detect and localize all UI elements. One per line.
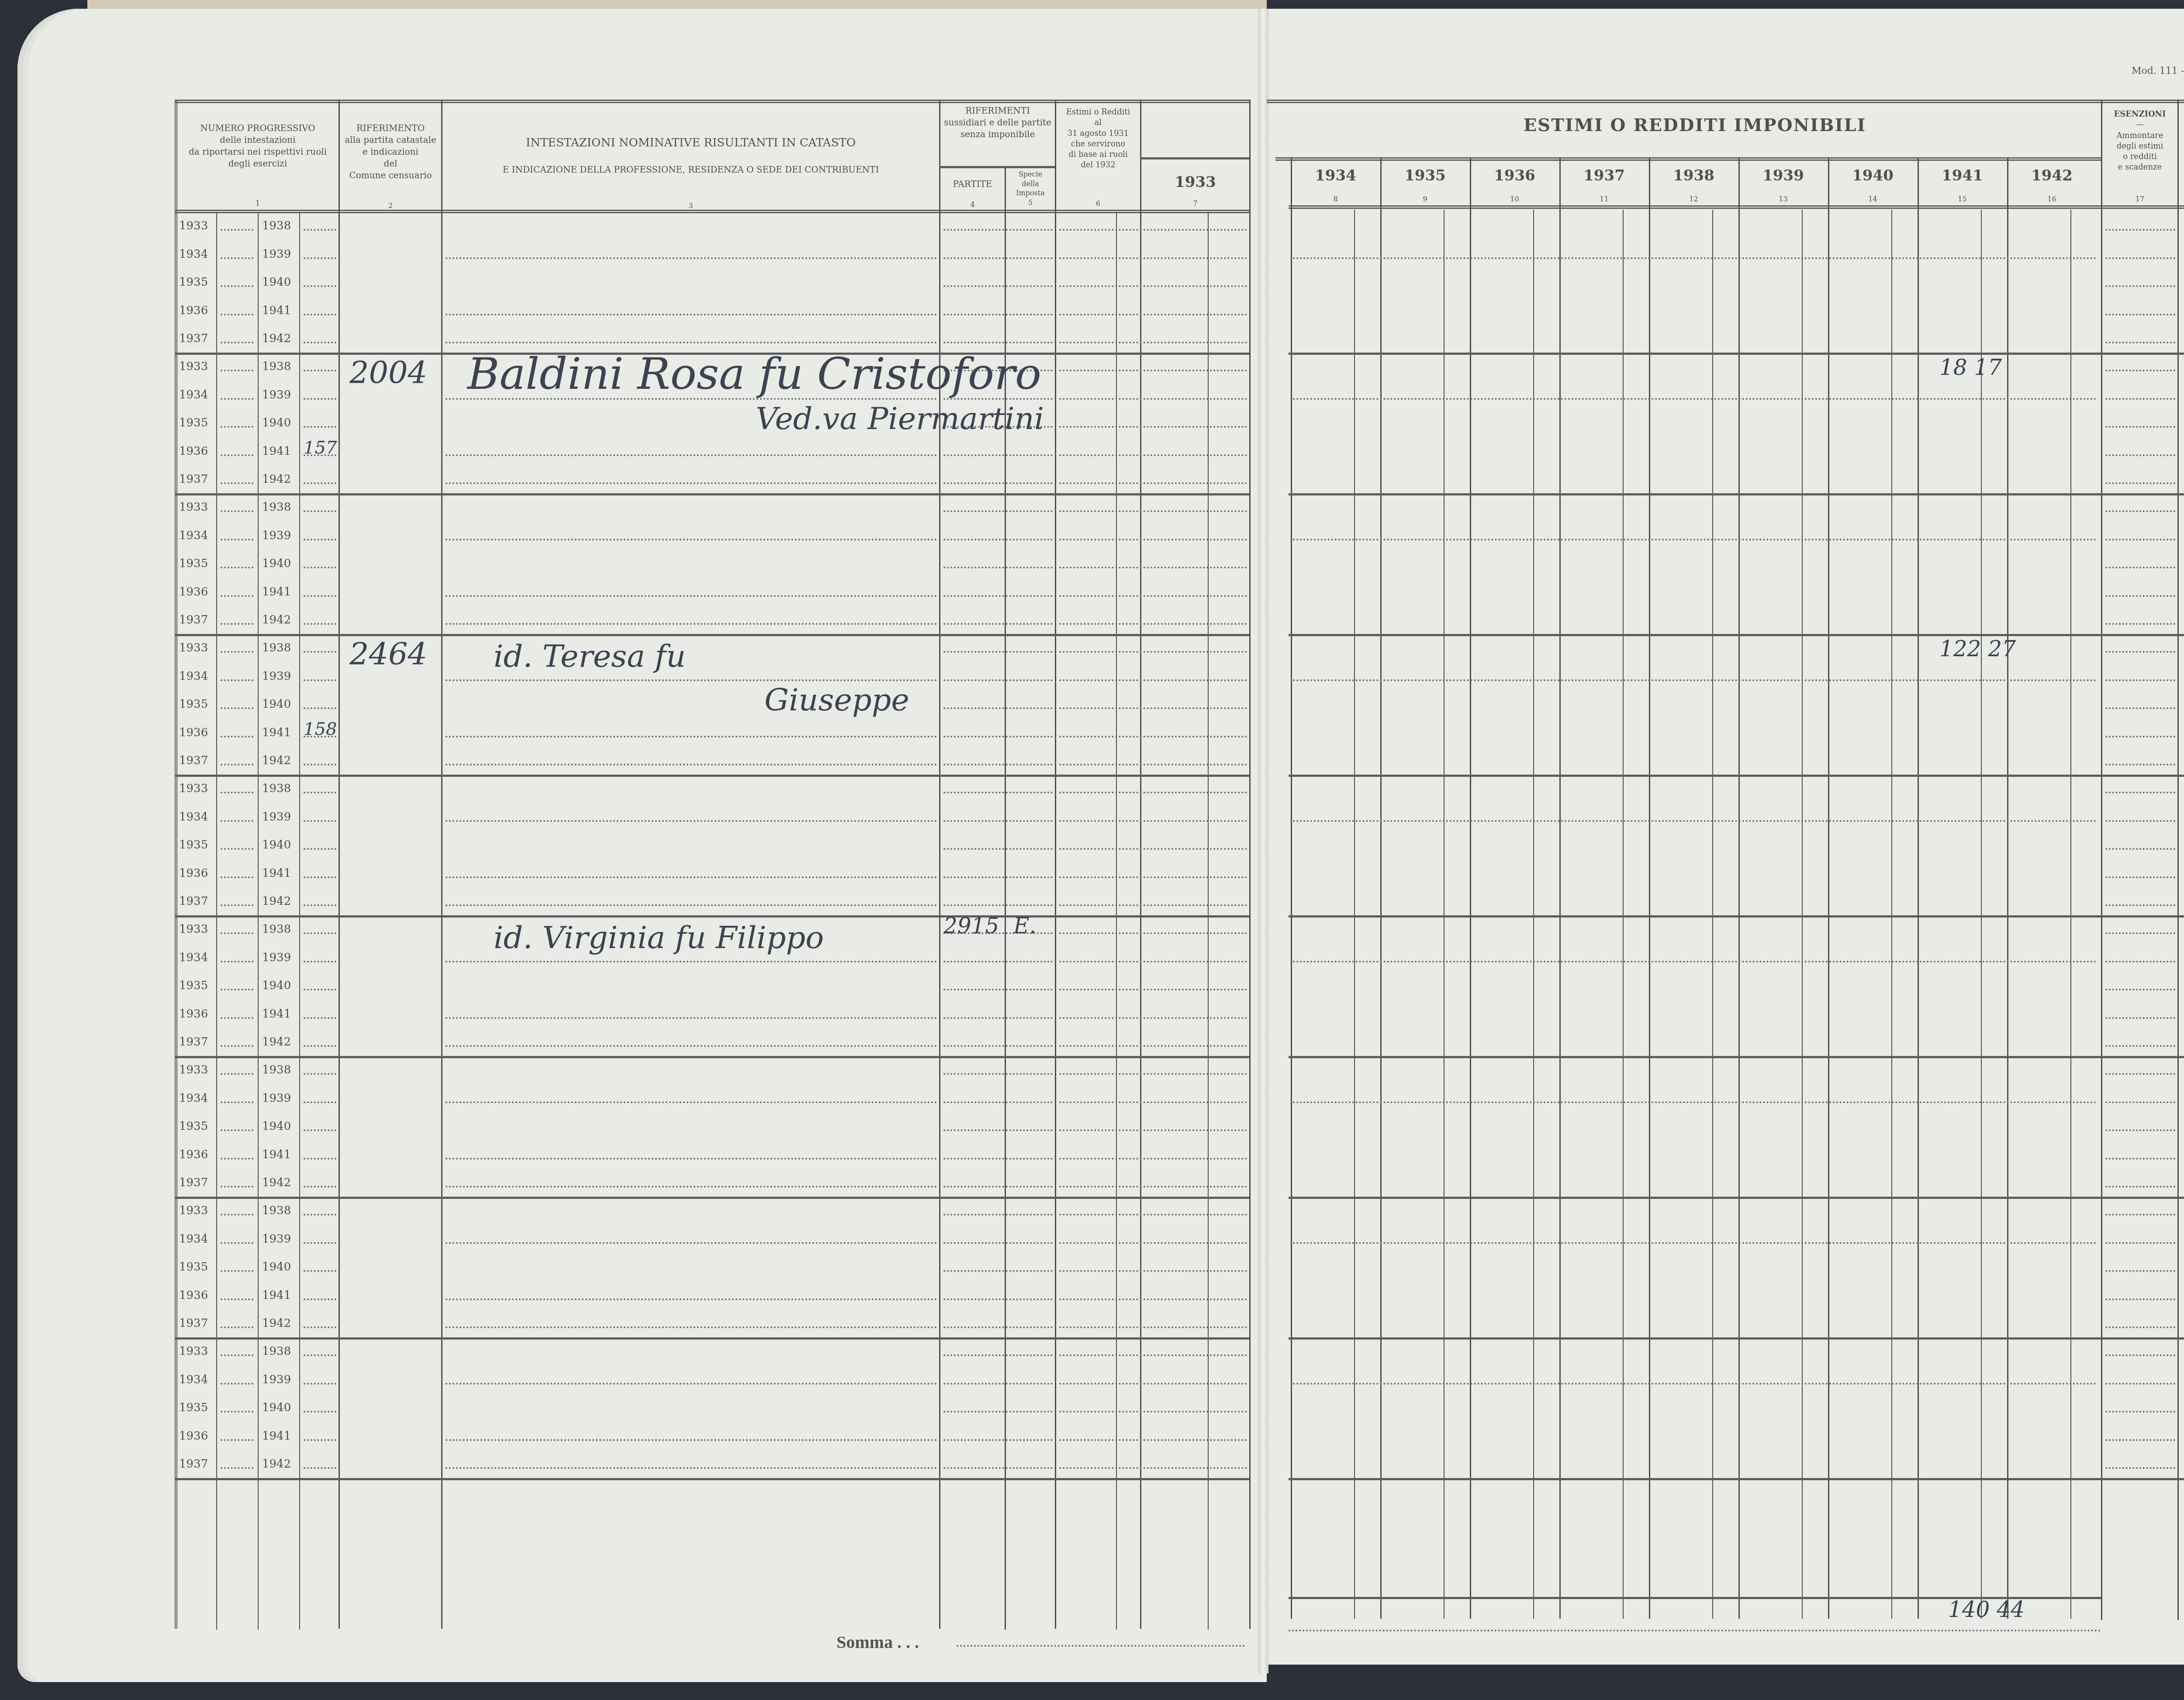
col5-line: Specie [1006,170,1055,179]
year-label-right: 1938 [262,1063,291,1077]
block-divider [1289,915,2184,918]
dotted-line [304,1383,336,1385]
year-label-right: 1942 [262,754,291,767]
dotted-line [2105,342,2175,343]
dotted-line [1059,876,1247,878]
dotted-line [1059,1214,1247,1215]
year-label-left: 1935 [179,276,208,289]
dotted-line [1059,1158,1247,1160]
somma-dotted-line [957,1645,1245,1647]
name-dotted-line [446,904,937,906]
amount-dotted-line [1293,257,2097,259]
dotted-line [304,370,336,371]
amount-dotted-line [1293,1101,2097,1103]
year-label-left: 1935 [179,416,208,429]
col2-title: RIFERIMENTO [340,122,441,134]
dotted-line [1059,961,1247,963]
dotted-line [1059,1017,1247,1019]
year-col-divider [1828,157,1829,1619]
dotted-line [943,989,1053,990]
block-divider [175,1478,1249,1480]
dotted-line [943,904,1053,906]
name-dotted-line [446,1017,937,1019]
estimo-1941-units: 18 [1939,355,1967,380]
year-label-right: 1941 [262,1430,291,1443]
form-model-label: Mod. 111 - Imposte Dirette (Intercalare)… [2132,66,2184,76]
dotted-line [2105,510,2175,512]
block-divider [1289,775,2184,777]
dotted-line [2105,1158,2175,1160]
col45-header: RIFERIMENTI sussidiari e delle partite s… [940,105,1055,140]
dotted-line [2105,1326,2175,1328]
dotted-line [221,1326,253,1328]
riferimento-value: 2464 [349,636,427,672]
col45-title: RIFERIMENTI [940,105,1055,117]
year-label-left: 1933 [179,1345,208,1358]
name-dotted-line [446,1186,937,1188]
dotted-line [2105,1073,2175,1075]
dotted-line [2105,764,2175,765]
col1-header: NUMERO PROGRESSIVO delle intestazioni da… [177,122,339,170]
year-label-left: 1935 [179,698,208,711]
name-dotted-line [446,679,937,681]
year-label-left: 1936 [179,867,208,880]
dotted-line [2105,623,2175,625]
year-label-right: 1939 [262,810,291,824]
amount-dotted-line [1293,1242,2097,1244]
dotted-line [943,1270,1053,1272]
year-label-right: 1939 [262,670,291,683]
year-label-left: 1934 [179,529,208,542]
dotted-line [2105,595,2175,597]
dotted-line [221,1270,253,1272]
col18-number: 18 [2179,194,2184,204]
year-label-right: 1940 [262,1401,291,1414]
total-1941-units: 140 [1948,1597,1990,1622]
dotted-line [1059,539,1247,540]
name-dotted-line [446,820,937,822]
name-dotted-line [446,454,937,456]
year-header-1937: 1937 [1559,166,1649,186]
dotted-line [221,1073,253,1075]
year-col-number: 8 [1291,194,1380,204]
dotted-line [2105,370,2175,371]
subheader-divider [939,166,1055,168]
year-label-right: 1939 [262,951,291,964]
year-label-right: 1941 [262,867,291,880]
dotted-line [304,792,336,793]
dotted-line [943,229,1053,231]
riferimento-value: 2004 [349,355,427,391]
year-header-1938: 1938 [1649,166,1738,186]
estimo-1941: 122 27 [1939,636,2016,661]
dotted-line [304,398,336,400]
col-divider [939,100,940,1629]
dotted-line [1059,398,1247,400]
name-dotted-line [446,736,937,737]
year-label-left: 1933 [179,1204,208,1217]
dotted-line [943,792,1053,793]
dotted-line [2105,426,2175,428]
dotted-line [221,1101,253,1103]
col4-title: PARTITE [940,178,1005,190]
year-label-right: 1941 [262,726,291,739]
amount-dotted-line [1293,679,2097,681]
col17-header: ESENZIONI — Ammontare degli estimi o red… [2102,109,2177,173]
dotted-line [2105,848,2175,850]
dotted-line [304,482,336,484]
dotted-line [943,1439,1053,1441]
dotted-line [943,510,1053,512]
year-label-right: 1938 [262,923,291,936]
name-dotted-line [446,1467,937,1469]
dotted-line [1059,679,1247,681]
dotted-line [304,426,336,428]
dotted-line [221,707,253,709]
dotted-line [943,1326,1053,1328]
cents-divider [1354,210,1355,1619]
intestazione-name: id. Virginia fu Filippo [494,920,824,956]
year-label-left: 1937 [179,895,208,908]
dotted-line [1059,1467,1247,1469]
year-col-number: 13 [1738,194,1828,204]
dotted-line [304,1129,336,1131]
dotted-line [1059,595,1247,597]
name-dotted-line [446,539,937,540]
year-label-right: 1940 [262,276,291,289]
dotted-line [1059,229,1247,231]
col6-line: che servirono [1056,139,1140,149]
year-col-number: 10 [1470,194,1559,204]
year-col-divider [1738,157,1740,1619]
block-divider [1289,353,2184,355]
dotted-line [943,1242,1053,1244]
dotted-line [943,764,1053,765]
dotted-line [2105,482,2175,484]
dotted-line [943,1354,1053,1356]
col-divider [339,100,340,1629]
dotted-line [943,820,1053,822]
year-label-right: 1938 [262,1204,291,1217]
table-top-border [175,100,1249,103]
col5-number: 5 [1006,198,1055,208]
col2-number: 2 [340,201,441,211]
dotted-line [943,342,1053,343]
year-label-left: 1934 [179,810,208,824]
col5-line: Imposta [1006,188,1055,198]
progressivo-value: 157 [304,438,337,458]
year-col-divider [2007,157,2008,1619]
dotted-line [1059,1129,1247,1131]
col2-header: RIFERIMENTO alla partita catastale e ind… [340,122,441,181]
dotted-line [304,932,336,934]
block-divider [1289,1197,2184,1199]
dotted-line [304,1270,336,1272]
block-divider [1289,1056,2184,1058]
dotted-line [1059,1270,1247,1272]
dotted-line [221,1439,253,1441]
col1-line: delle intestazioni [177,134,339,146]
name-dotted-line [446,314,937,315]
year-label-right: 1939 [262,1233,291,1246]
dotted-line [304,1101,336,1103]
dotted-line [221,848,253,850]
year-label-right: 1942 [262,332,291,345]
dotted-line [1059,1045,1247,1047]
dotted-line [1059,314,1247,315]
year-label-left: 1934 [179,951,208,964]
sub-divider [299,212,300,1630]
dotted-line [221,1129,253,1131]
dotted-line [2105,736,2175,737]
year-header-1936: 1936 [1470,166,1559,186]
dotted-line [1059,285,1247,287]
cents-divider [1623,210,1624,1619]
dotted-line [943,707,1053,709]
year-label-left: 1937 [179,1035,208,1049]
dotted-line [221,257,253,259]
dotted-line [1059,342,1247,343]
block-divider [1289,493,2184,495]
year-label-right: 1938 [262,782,291,795]
name-dotted-line [446,764,937,765]
col17-line: degli estimi [2102,141,2177,152]
year-label-left: 1933 [179,923,208,936]
col3-title: INTESTAZIONI NOMINATIVE RISULTANTI IN CA… [442,135,939,151]
col1-line: degli esercizi [177,158,339,170]
total-1941: 140 44 [1948,1597,2025,1622]
dotted-line [304,1411,336,1413]
col3-subtitle: E INDICAZIONE DELLA PROFESSIONE, RESIDEN… [442,164,939,176]
year-header-1935: 1935 [1380,166,1470,186]
dotted-line [943,482,1053,484]
year-label-left: 1935 [179,557,208,570]
dotted-line [221,1383,253,1385]
year-label-left: 1933 [179,501,208,514]
name-dotted-line [446,1101,937,1103]
dotted-line [943,1045,1053,1047]
block-divider [1289,1478,2184,1480]
year-label-right: 1938 [262,501,291,514]
dotted-line [2105,1439,2175,1441]
year-label-right: 1942 [262,1458,291,1471]
block-divider [175,493,1249,495]
dotted-line [2105,1045,2175,1047]
dotted-line [1059,567,1247,568]
estimi-group-title: ESTIMI O REDDITI IMPONIBILI [1289,114,2101,137]
year-label-left: 1933 [179,360,208,373]
dotted-line [943,1186,1053,1188]
estimo-1941: 18 17 [1939,355,2002,380]
estimo-1941-cents: 17 [1974,355,2002,380]
year-label-left: 1933 [179,1063,208,1077]
dotted-line [1059,1298,1247,1300]
dotted-line [1059,510,1247,512]
dotted-line [2105,876,2175,878]
col6-number: 6 [1056,199,1140,208]
year-label-right: 1940 [262,557,291,570]
col4-number: 4 [940,200,1005,210]
year-header-1939: 1939 [1738,166,1828,186]
dotted-line [1059,989,1247,990]
dotted-line [1059,370,1247,371]
dotted-line [221,1158,253,1160]
year-label-left: 1937 [179,1458,208,1471]
col17-number: 17 [2102,194,2177,204]
dotted-line [1059,623,1247,625]
year-label-right: 1940 [262,416,291,429]
year-label-right: 1939 [262,1092,291,1105]
sub-divider [216,212,217,1630]
dotted-line [221,1017,253,1019]
col1-line: da riportarsi nei rispettivi ruoli [177,146,339,158]
dotted-line [2105,1411,2175,1413]
dotted-line [2105,1129,2175,1131]
col5-header: Specie della Imposta 5 [1006,170,1055,207]
year-label-right: 1940 [262,979,291,992]
dotted-line [1059,707,1247,709]
col2-line: del [340,158,441,170]
year-label-left: 1935 [179,1260,208,1274]
intestazione-name: Baldini Rosa fu Cristoforo [467,348,1041,399]
dotted-line [304,1354,336,1356]
year-header-1940: 1940 [1828,166,1918,186]
amount-dotted-line [1293,1383,2097,1385]
dotted-line [2105,820,2175,822]
year-label-left: 1937 [179,332,208,345]
dotted-line [2105,285,2175,287]
dotted-line [221,567,253,568]
dotted-line [304,848,336,850]
dotted-line [221,1467,253,1469]
dotted-line [2105,707,2175,709]
dotted-line [304,1242,336,1244]
year-label-right: 1939 [262,388,291,402]
name-dotted-line [446,1326,937,1328]
estimo-1941-cents: 27 [1988,636,2016,661]
dotted-line [943,285,1053,287]
intestazione-line2: Ved.va Piermartini [756,401,1044,436]
year-label-right: 1940 [262,698,291,711]
dotted-line [304,1186,336,1188]
dotted-line [221,342,253,343]
year-label-right: 1942 [262,895,291,908]
dotted-line [2105,567,2175,568]
year-col-number: 9 [1380,194,1470,204]
dotted-line [943,623,1053,625]
col17-line: o redditi [2102,152,2177,162]
book-gutter [1258,9,1268,1673]
year-label-left: 1937 [179,473,208,486]
dotted-line [221,876,253,878]
year-label-right: 1940 [262,838,291,852]
dotted-line [221,285,253,287]
year-label-right: 1942 [262,1317,291,1330]
dotted-line [1059,1186,1247,1188]
dotted-line [221,989,253,990]
col3-number: 3 [442,201,939,211]
year-label-right: 1939 [262,529,291,542]
cents-divider [1802,210,1803,1619]
year-label-left: 1936 [179,1289,208,1302]
table-right-border [1249,100,1251,1629]
dotted-line [1059,1073,1247,1075]
dotted-line [943,257,1053,259]
block-divider [1289,1337,2184,1340]
col1-title: NUMERO PROGRESSIVO [177,122,339,134]
col17-line: — [2102,120,2177,130]
intestazione-line2: Giuseppe [764,682,909,718]
dotted-line [943,651,1053,653]
year-label-right: 1942 [262,1035,291,1049]
cents-divider [2070,210,2071,1619]
dotted-line [221,679,253,681]
dotted-line [943,539,1053,540]
name-dotted-line [446,1298,937,1300]
year-label-left: 1936 [179,585,208,599]
year-col-number: 11 [1559,194,1649,204]
year-label-left: 1934 [179,388,208,402]
dotted-line [943,1129,1053,1131]
dotted-line [2105,1270,2175,1272]
dotted-line [304,679,336,681]
year-label-left: 1933 [179,641,208,654]
dotted-line [221,1298,253,1300]
year-col-divider [1470,157,1471,1619]
name-dotted-line [446,1242,937,1244]
dotted-line [304,1045,336,1047]
cents-divider [1712,210,1713,1619]
dotted-line [304,229,336,231]
dotted-line [304,651,336,653]
name-dotted-line [446,1383,937,1385]
dotted-line [1059,764,1247,765]
year-label-left: 1937 [179,1317,208,1330]
dotted-line [943,454,1053,456]
dotted-line [304,1073,336,1075]
year-label-right: 1941 [262,585,291,599]
year-label-right: 1942 [262,613,291,627]
dotted-line [304,510,336,512]
dotted-line [943,567,1053,568]
year-col-divider [1291,157,1292,1619]
dotted-line [2105,1186,2175,1188]
dotted-line [943,314,1053,315]
name-dotted-line [446,623,937,625]
dotted-line [304,1017,336,1019]
year-label-right: 1941 [262,1289,291,1302]
dotted-line [2105,679,2175,681]
col6-line: Estimi o Redditi [1056,107,1140,118]
year-label-left: 1936 [179,304,208,317]
block-divider [175,1197,1249,1199]
col5-line: della [1006,179,1055,189]
progressivo-value: 158 [304,719,337,739]
dotted-line [2105,651,2175,653]
year-col-number: 12 [1649,194,1738,204]
year-label-left: 1937 [179,754,208,767]
col18-title: ANNOTAZIONI [2179,140,2184,158]
year-col-number: 15 [1918,194,2007,204]
dotted-line [221,482,253,484]
dotted-line [221,1411,253,1413]
name-dotted-line [446,1439,937,1441]
dotted-line [304,989,336,990]
dotted-line [304,539,336,540]
year-label-left: 1935 [179,979,208,992]
dotted-line [304,1214,336,1215]
dotted-line [943,1383,1053,1385]
